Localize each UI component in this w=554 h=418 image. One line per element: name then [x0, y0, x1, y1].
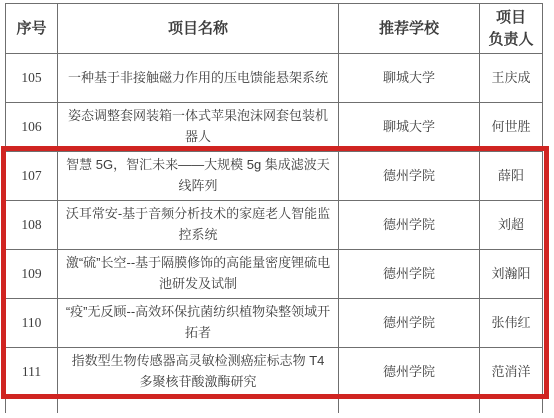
table-row-partial: [6, 397, 543, 414]
projects-table: 序号 项目名称 推荐学校 项目 负责人 105 一种基于非接触磁力作用的压电馈能…: [5, 3, 543, 413]
table-row: 110 “疫”无反顾--高效环保抗菌纺织植物染整领域开拓者 德州学院 张伟红: [6, 299, 543, 348]
project-leader: 薛阳: [480, 152, 543, 201]
table-row: 106 姿态调整套网装箱一体式苹果泡沫网套包装机器人 聊城大学 何世胜: [6, 103, 543, 152]
project-name: 激“硫”长空--基于隔膜修饰的高能量密度锂硫电池研发及试制: [58, 250, 339, 299]
serial-no: 105: [6, 54, 58, 103]
serial-no: 106: [6, 103, 58, 152]
recommending-school: 德州学院: [339, 152, 480, 201]
col-header-project-leader: 项目 负责人: [480, 4, 543, 54]
project-name: 一种基于非接触磁力作用的压电馈能悬架系统: [58, 54, 339, 103]
empty-cell: [58, 397, 339, 414]
project-leader: 刘超: [480, 201, 543, 250]
table-row: 107 智慧 5G，智汇未来——大规模 5g 集成滤波天线阵列 德州学院 薛阳: [6, 152, 543, 201]
serial-no: 109: [6, 250, 58, 299]
recommending-school: 聊城大学: [339, 54, 480, 103]
empty-cell: [339, 397, 480, 414]
recommending-school: 德州学院: [339, 201, 480, 250]
table-row: 111 指数型生物传感器高灵敏检测癌症标志物 T4 多聚核苷酸激酶研究 德州学院…: [6, 348, 543, 397]
serial-no: 111: [6, 348, 58, 397]
table-header-row: 序号 项目名称 推荐学校 项目 负责人: [6, 4, 543, 54]
project-leader: 刘瀚阳: [480, 250, 543, 299]
serial-no: 108: [6, 201, 58, 250]
project-name: 沃耳常安-基于音频分析技术的家庭老人智能监控系统: [58, 201, 339, 250]
recommending-school: 德州学院: [339, 299, 480, 348]
project-name: 姿态调整套网装箱一体式苹果泡沫网套包装机器人: [58, 103, 339, 152]
empty-cell: [6, 397, 58, 414]
col-header-recommending-school: 推荐学校: [339, 4, 480, 54]
project-leader: 范消洋: [480, 348, 543, 397]
serial-no: 107: [6, 152, 58, 201]
project-name: 指数型生物传感器高灵敏检测癌症标志物 T4 多聚核苷酸激酶研究: [58, 348, 339, 397]
serial-no: 110: [6, 299, 58, 348]
col-header-serial-no: 序号: [6, 4, 58, 54]
project-name: 智慧 5G，智汇未来——大规模 5g 集成滤波天线阵列: [58, 152, 339, 201]
project-name: “疫”无反顾--高效环保抗菌纺织植物染整领域开拓者: [58, 299, 339, 348]
recommending-school: 德州学院: [339, 348, 480, 397]
col-header-project-name: 项目名称: [58, 4, 339, 54]
recommending-school: 德州学院: [339, 250, 480, 299]
table-row: 108 沃耳常安-基于音频分析技术的家庭老人智能监控系统 德州学院 刘超: [6, 201, 543, 250]
recommending-school: 聊城大学: [339, 103, 480, 152]
table-row: 105 一种基于非接触磁力作用的压电馈能悬架系统 聊城大学 王庆成: [6, 54, 543, 103]
empty-cell: [480, 397, 543, 414]
project-leader: 何世胜: [480, 103, 543, 152]
table-row: 109 激“硫”长空--基于隔膜修饰的高能量密度锂硫电池研发及试制 德州学院 刘…: [6, 250, 543, 299]
project-leader: 张伟红: [480, 299, 543, 348]
project-leader: 王庆成: [480, 54, 543, 103]
document-page: 序号 项目名称 推荐学校 项目 负责人 105 一种基于非接触磁力作用的压电馈能…: [0, 0, 554, 418]
